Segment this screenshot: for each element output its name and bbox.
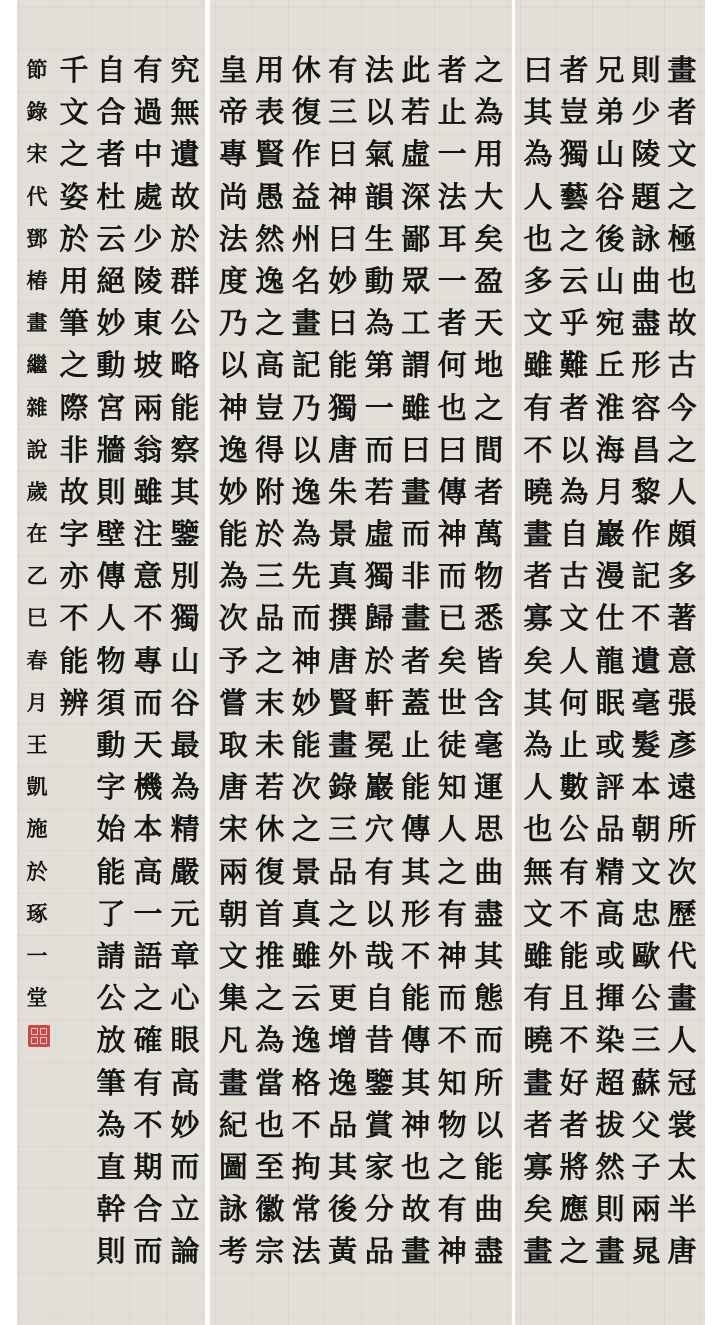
calligraphy-character: 外 <box>325 935 362 977</box>
calligraphy-character: 陵 <box>130 260 167 302</box>
calligraphy-character: 高 <box>592 893 628 935</box>
calligraphy-character: 雖 <box>398 387 435 429</box>
calligraphy-character: 無 <box>167 91 204 133</box>
calligraphy-character: 頗 <box>664 513 700 555</box>
calligraphy-character: 逸 <box>288 471 325 513</box>
calligraphy-character: 品 <box>592 808 628 850</box>
calligraphy-character: 錄 <box>325 766 362 808</box>
calligraphy-character: 也 <box>520 808 556 850</box>
calligraphy-character: 略 <box>167 344 204 386</box>
calligraphy-character: 評 <box>592 766 628 808</box>
calligraphy-character: 也 <box>398 1146 435 1188</box>
calligraphy-character: 乃 <box>215 302 252 344</box>
calligraphy-character: 而 <box>130 682 167 724</box>
calligraphy-character: 何 <box>434 344 471 386</box>
calligraphy-character: 益 <box>288 176 325 218</box>
calligraphy-character: 乎 <box>556 302 592 344</box>
calligraphy-character: 遠 <box>664 766 700 808</box>
calligraphy-character: 筆 <box>56 302 93 344</box>
calligraphy-character: 無 <box>520 851 556 893</box>
calligraphy-character: 得 <box>252 429 289 471</box>
calligraphy-character: 之 <box>556 218 592 260</box>
calligraphy-character: 盡 <box>471 893 508 935</box>
calligraphy-character: 文 <box>56 91 93 133</box>
calligraphy-character: 帝 <box>215 91 252 133</box>
calligraphy-character: 氣 <box>361 133 398 175</box>
calligraphy-character: 宗 <box>252 1230 289 1272</box>
calligraphy-character: 山 <box>592 260 628 302</box>
text-column: 之為用大矣盈天地之間者萬物悉皆含毫運思曲盡其態而所以能曲盡 <box>471 49 508 1272</box>
calligraphy-character: 而 <box>288 597 325 639</box>
calligraphy-character: 嚴 <box>167 851 204 893</box>
calligraphy-character: 兩 <box>628 1188 664 1230</box>
calligraphy-character: 少 <box>628 91 664 133</box>
calligraphy-character: 動 <box>93 724 130 766</box>
calligraphy-character: 者 <box>398 640 435 682</box>
calligraphy-character: 後 <box>592 218 628 260</box>
calligraphy-character: 題 <box>628 176 664 218</box>
calligraphy-character: 古 <box>664 344 700 386</box>
calligraphy-character: 者 <box>556 1104 592 1146</box>
calligraphy-character: 則 <box>592 1188 628 1230</box>
calligraphy-character: 逸 <box>252 260 289 302</box>
calligraphy-character: 則 <box>628 49 664 91</box>
calligraphy-character: 寡 <box>520 1146 556 1188</box>
calligraphy-character: 先 <box>288 555 325 597</box>
calligraphy-character: 壁 <box>93 513 130 555</box>
calligraphy-character: 翁 <box>130 429 167 471</box>
calligraphy-character: 一 <box>361 387 398 429</box>
calligraphy-character: 文 <box>215 935 252 977</box>
calligraphy-character: 毫 <box>471 724 508 766</box>
calligraphy-character: 絕 <box>93 260 130 302</box>
calligraphy-character: 遺 <box>167 133 204 175</box>
calligraphy-character: 月 <box>592 471 628 513</box>
calligraphy-character: 繼 <box>19 344 56 386</box>
calligraphy-character: 高 <box>130 851 167 893</box>
calligraphy-character: 字 <box>56 513 93 555</box>
calligraphy-character: 止 <box>398 724 435 766</box>
calligraphy-character: 間 <box>471 429 508 471</box>
calligraphy-character: 寡 <box>520 597 556 639</box>
calligraphy-character: 虛 <box>398 133 435 175</box>
calligraphy-character: 節 <box>19 49 56 91</box>
calligraphy-character: 自 <box>556 513 592 555</box>
calligraphy-character: 裳 <box>664 1104 700 1146</box>
calligraphy-character: 畫 <box>398 1230 435 1272</box>
calligraphy-character: 真 <box>288 893 325 935</box>
calligraphy-character: 有 <box>520 977 556 1019</box>
calligraphy-character: 故 <box>664 302 700 344</box>
calligraphy-character: 者 <box>556 387 592 429</box>
calligraphy-character: 合 <box>93 91 130 133</box>
calligraphy-character: 超 <box>592 1062 628 1104</box>
calligraphy-character: 次 <box>288 766 325 808</box>
calligraphy-character: 曉 <box>520 1019 556 1061</box>
calligraphy-character: 一 <box>434 260 471 302</box>
calligraphy-character: 之 <box>56 344 93 386</box>
calligraphy-character: 獨 <box>361 555 398 597</box>
calligraphy-character: 畫 <box>398 471 435 513</box>
calligraphy-character: 考 <box>215 1230 252 1272</box>
seal-glyph-mark <box>31 1028 38 1035</box>
calligraphy-character: 其 <box>520 682 556 724</box>
calligraphy-character: 察 <box>167 429 204 471</box>
calligraphy-character: 字 <box>93 766 130 808</box>
calligraphy-character: 也 <box>434 387 471 429</box>
calligraphy-character: 態 <box>471 977 508 1019</box>
calligraphy-character: 而 <box>398 513 435 555</box>
calligraphy-character: 容 <box>628 387 664 429</box>
calligraphy-character: 其 <box>325 1146 362 1188</box>
calligraphy-character: 本 <box>628 766 664 808</box>
calligraphy-character: 鑒 <box>361 1062 398 1104</box>
text-column: 此若虛深鄙眾工謂雖曰畫而非畫者蓋止能傳其形不能傳其神也故畫 <box>398 49 435 1272</box>
calligraphy-character: 詠 <box>628 218 664 260</box>
calligraphy-character: 漫 <box>592 555 628 597</box>
calligraphy-character: 矣 <box>471 218 508 260</box>
calligraphy-character: 蓋 <box>398 682 435 724</box>
calligraphy-character: 者 <box>556 49 592 91</box>
calligraphy-character: 染 <box>592 1019 628 1061</box>
seal-glyph-mark <box>40 1028 47 1035</box>
calligraphy-character: 為 <box>471 91 508 133</box>
calligraphy-character: 者 <box>434 302 471 344</box>
calligraphy-character: 傳 <box>398 1019 435 1061</box>
calligraphy-character: 將 <box>556 1146 592 1188</box>
calligraphy-character: 有 <box>130 1062 167 1104</box>
calligraphy-character: 放 <box>93 1019 130 1061</box>
calligraphy-character: 不 <box>628 597 664 639</box>
calligraphy-character: 不 <box>288 1104 325 1146</box>
calligraphy-character: 嘗 <box>215 682 252 724</box>
calligraphy-character: 論 <box>167 1230 204 1272</box>
calligraphy-character: 神 <box>215 387 252 429</box>
calligraphy-character: 以 <box>361 91 398 133</box>
calligraphy-character: 唐 <box>325 429 362 471</box>
calligraphy-character: 淮 <box>592 387 628 429</box>
calligraphy-character: 雖 <box>288 935 325 977</box>
calligraphy-character: 意 <box>130 555 167 597</box>
calligraphy-character: 曲 <box>471 851 508 893</box>
calligraphy-character: 以 <box>471 1104 508 1146</box>
calligraphy-character: 賢 <box>325 682 362 724</box>
text-column: 兄弟山谷後山宛丘淮海月巖漫仕龍眠或評品精高或揮染超拔然則畫 <box>592 49 628 1272</box>
calligraphy-character: 合 <box>130 1188 167 1230</box>
calligraphy-character: 世 <box>434 682 471 724</box>
calligraphy-character: 神 <box>288 640 325 682</box>
seal-glyph-mark <box>40 1037 47 1044</box>
calligraphy-character: 注 <box>130 513 167 555</box>
calligraphy-character: 法 <box>434 176 471 218</box>
calligraphy-character: 姿 <box>56 176 93 218</box>
calligraphy-character: 唐 <box>325 640 362 682</box>
calligraphy-character: 曰 <box>325 218 362 260</box>
calligraphy-character: 故 <box>398 1188 435 1230</box>
calligraphy-character: 於 <box>252 513 289 555</box>
calligraphy-character: 者 <box>520 1104 556 1146</box>
calligraphy-character: 其 <box>471 935 508 977</box>
calligraphy-character: 深 <box>398 176 435 218</box>
calligraphy-character: 家 <box>361 1146 398 1188</box>
calligraphy-character: 少 <box>130 218 167 260</box>
calligraphy-character: 品 <box>252 597 289 639</box>
calligraphy-character: 處 <box>130 176 167 218</box>
calligraphy-character: 巖 <box>592 513 628 555</box>
calligraphy-character: 皆 <box>471 640 508 682</box>
calligraphy-character: 哉 <box>361 935 398 977</box>
calligraphy-character: 了 <box>93 893 130 935</box>
calligraphy-character: 不 <box>434 1019 471 1061</box>
calligraphy-character: 大 <box>471 176 508 218</box>
calligraphy-character: 以 <box>556 429 592 471</box>
calligraphy-character: 最 <box>167 724 204 766</box>
calligraphy-character: 難 <box>556 344 592 386</box>
calligraphy-character: 雖 <box>520 935 556 977</box>
calligraphy-character: 有 <box>130 49 167 91</box>
calligraphy-character: 圖 <box>215 1146 252 1188</box>
calligraphy-character: 動 <box>93 344 130 386</box>
calligraphy-character: 然 <box>252 218 289 260</box>
calligraphy-character: 忠 <box>628 893 664 935</box>
calligraphy-character: 人 <box>556 640 592 682</box>
calligraphy-character: 畫 <box>664 49 700 91</box>
calligraphy-character: 公 <box>628 977 664 1019</box>
calligraphy-character: 三 <box>325 808 362 850</box>
calligraphy-character: 人 <box>434 808 471 850</box>
calligraphy-character: 於 <box>56 218 93 260</box>
calligraphy-character: 著 <box>664 597 700 639</box>
calligraphy-character: 多 <box>664 555 700 597</box>
calligraphy-character: 宮 <box>93 387 130 429</box>
calligraphy-character: 增 <box>325 1019 362 1061</box>
calligraphy-character: 鑒 <box>167 513 204 555</box>
calligraphy-character: 常 <box>288 1188 325 1230</box>
calligraphy-character: 傳 <box>434 471 471 513</box>
calligraphy-character: 若 <box>252 766 289 808</box>
calligraphy-character: 獨 <box>167 597 204 639</box>
calligraphy-character: 有 <box>556 851 592 893</box>
calligraphy-character: 立 <box>167 1188 204 1230</box>
text-column: 曰其為人也多文雖有不曉畫者寡矣其為人也無文雖有曉畫者寡矣畫 <box>520 49 556 1272</box>
calligraphy-character: 曲 <box>471 1188 508 1230</box>
calligraphy-character: 丘 <box>592 344 628 386</box>
calligraphy-character: 格 <box>288 1062 325 1104</box>
calligraphy-character: 獨 <box>556 133 592 175</box>
calligraphy-character: 藝 <box>556 176 592 218</box>
calligraphy-character: 妙 <box>325 260 362 302</box>
calligraphy-character: 坡 <box>130 344 167 386</box>
calligraphy-character: 王 <box>19 724 56 766</box>
calligraphy-character: 山 <box>167 640 204 682</box>
calligraphy-character: 自 <box>361 977 398 1019</box>
calligraphy-character: 能 <box>556 935 592 977</box>
calligraphy-character: 賞 <box>361 1104 398 1146</box>
calligraphy-character: 法 <box>288 1230 325 1272</box>
calligraphy-character: 非 <box>398 555 435 597</box>
calligraphy-character: 物 <box>93 640 130 682</box>
calligraphy-character: 彥 <box>664 724 700 766</box>
calligraphy-character: 昌 <box>628 429 664 471</box>
calligraphy-character: 而 <box>434 555 471 597</box>
text-column: 有三曰神曰妙曰能獨唐朱景真撰唐賢畫錄三品之外更增逸品其後黃 <box>325 49 362 1272</box>
calligraphy-character: 其 <box>398 1062 435 1104</box>
calligraphy-character: 若 <box>361 471 398 513</box>
calligraphy-character: 次 <box>215 597 252 639</box>
calligraphy-character: 思 <box>471 808 508 850</box>
calligraphy-character: 神 <box>434 1230 471 1272</box>
calligraphy-character: 徽 <box>252 1188 289 1230</box>
calligraphy-character: 精 <box>167 808 204 850</box>
calligraphy-character: 宋 <box>19 133 56 175</box>
calligraphy-character: 記 <box>288 344 325 386</box>
calligraphy-character: 文 <box>664 133 700 175</box>
calligraphy-character: 冕 <box>361 724 398 766</box>
calligraphy-character: 神 <box>325 176 362 218</box>
calligraphy-character: 人 <box>520 176 556 218</box>
calligraphy-character: 畫 <box>398 597 435 639</box>
text-column: 千文之姿於用筆之際非故字亦不能辨 <box>56 49 93 724</box>
calligraphy-character: 父 <box>628 1104 664 1146</box>
calligraphy-character: 集 <box>215 977 252 1019</box>
calligraphy-character: 在 <box>19 513 56 555</box>
calligraphy-character: 始 <box>93 808 130 850</box>
calligraphy-character: 代 <box>19 176 56 218</box>
calligraphy-character: 者 <box>520 555 556 597</box>
calligraphy-character: 幹 <box>93 1188 130 1230</box>
calligraphy-character: 記 <box>628 555 664 597</box>
calligraphy-character: 者 <box>93 133 130 175</box>
calligraphy-character: 語 <box>130 935 167 977</box>
calligraphy-character: 矣 <box>434 640 471 682</box>
calligraphy-character: 地 <box>471 344 508 386</box>
calligraphy-character: 品 <box>361 1230 398 1272</box>
calligraphy-character: 朝 <box>628 808 664 850</box>
calligraphy-character: 不 <box>56 597 93 639</box>
calligraphy-character: 第 <box>361 344 398 386</box>
calligraphy-character: 為 <box>520 724 556 766</box>
calligraphy-character: 亦 <box>56 555 93 597</box>
calligraphy-character: 髮 <box>628 724 664 766</box>
calligraphy-character: 曰 <box>520 49 556 91</box>
calligraphy-character: 自 <box>93 49 130 91</box>
calligraphy-character: 為 <box>556 471 592 513</box>
calligraphy-character: 海 <box>592 429 628 471</box>
calligraphy-character: 張 <box>664 682 700 724</box>
calligraphy-character: 半 <box>664 1188 700 1230</box>
calligraphy-character: 太 <box>664 1146 700 1188</box>
text-column: 有過中處少陵東坡兩翁雖注意不專而天機本高一語之確有不期合而 <box>130 49 167 1272</box>
calligraphy-character: 其 <box>520 91 556 133</box>
calligraphy-character: 曰 <box>325 302 362 344</box>
calligraphy-character: 生 <box>361 218 398 260</box>
calligraphy-character: 者 <box>434 49 471 91</box>
calligraphy-character: 昔 <box>361 1019 398 1061</box>
calligraphy-character: 人 <box>520 766 556 808</box>
calligraphy-character: 撰 <box>325 597 362 639</box>
calligraphy-character: 能 <box>93 851 130 893</box>
calligraphy-character: 鄙 <box>398 218 435 260</box>
calligraphy-character: 也 <box>664 260 700 302</box>
calligraphy-character: 神 <box>434 935 471 977</box>
calligraphy-character: 曰 <box>398 429 435 471</box>
text-column: 者止一法耳一者何也曰傳神而已矣世徒知人之有神而不知物之有神 <box>434 49 471 1272</box>
calligraphy-character: 故 <box>167 176 204 218</box>
calligraphy-character: 好 <box>556 1062 592 1104</box>
calligraphy-character: 宛 <box>592 302 628 344</box>
calligraphy-character: 其 <box>398 851 435 893</box>
calligraphy-character: 此 <box>398 49 435 91</box>
calligraphy-character: 巖 <box>361 766 398 808</box>
calligraphy-character: 且 <box>556 977 592 1019</box>
calligraphy-character: 愚 <box>252 176 289 218</box>
calligraphy-character: 之 <box>664 176 700 218</box>
calligraphy-character: 法 <box>361 49 398 91</box>
calligraphy-character: 而 <box>434 977 471 1019</box>
calligraphy-character: 究 <box>167 49 204 91</box>
calligraphy-character: 畫 <box>520 1062 556 1104</box>
calligraphy-character: 文 <box>628 851 664 893</box>
calligraphy-character: 故 <box>56 471 93 513</box>
calligraphy-character: 云 <box>556 260 592 302</box>
calligraphy-character: 須 <box>93 682 130 724</box>
calligraphy-character: 揮 <box>592 977 628 1019</box>
calligraphy-character: 有 <box>361 851 398 893</box>
calligraphy-character: 弟 <box>592 91 628 133</box>
calligraphy-character: 用 <box>471 133 508 175</box>
calligraphy-character: 妙 <box>93 302 130 344</box>
calligraphy-character: 逸 <box>215 429 252 471</box>
calligraphy-character: 應 <box>556 1188 592 1230</box>
calligraphy-character: 雜 <box>19 387 56 429</box>
calligraphy-character: 眼 <box>167 1019 204 1061</box>
calligraphy-character: 云 <box>288 977 325 1019</box>
calligraphy-character: 眠 <box>592 682 628 724</box>
calligraphy-character: 之 <box>252 640 289 682</box>
calligraphy-character: 物 <box>471 555 508 597</box>
calligraphy-character: 杜 <box>93 176 130 218</box>
calligraphy-character: 云 <box>93 218 130 260</box>
calligraphy-character: 景 <box>325 513 362 555</box>
calligraphy-character: 之 <box>252 977 289 1019</box>
calligraphy-character: 雖 <box>520 344 556 386</box>
scroll-panel-right: 畫者文之極也故古今之人頗多著意張彥遠所次歷代畫人冠裳太半唐 則少陵題詠曲盡形容昌… <box>515 0 705 1325</box>
calligraphy-character: 公 <box>167 302 204 344</box>
calligraphy-character: 冠 <box>664 1062 700 1104</box>
calligraphy-character: 盡 <box>471 1230 508 1272</box>
calligraphy-character: 能 <box>398 766 435 808</box>
calligraphy-character: 凱 <box>19 766 56 808</box>
calligraphy-character: 或 <box>592 724 628 766</box>
calligraphy-character: 一 <box>434 133 471 175</box>
calligraphy-character: 畫 <box>325 724 362 766</box>
calligraphy-character: 為 <box>520 133 556 175</box>
calligraphy-character: 有 <box>325 49 362 91</box>
calligraphy-character: 錄 <box>19 91 56 133</box>
calligraphy-character: 止 <box>434 91 471 133</box>
calligraphy-character: 心 <box>167 977 204 1019</box>
calligraphy-character: 為 <box>215 555 252 597</box>
calligraphy-character: 品 <box>325 851 362 893</box>
text-column: 則少陵題詠曲盡形容昌黎作記不遺毫髮本朝文忠歐公三蘇父子兩晁 <box>628 49 664 1272</box>
seal-stamp <box>28 1025 50 1047</box>
calligraphy-character: 矣 <box>520 1188 556 1230</box>
calligraphy-character: 品 <box>325 1104 362 1146</box>
calligraphy-character: 工 <box>398 302 435 344</box>
calligraphy-character: 琢 <box>19 893 56 935</box>
calligraphy-character: 尚 <box>215 176 252 218</box>
calligraphy-character: 不 <box>398 935 435 977</box>
